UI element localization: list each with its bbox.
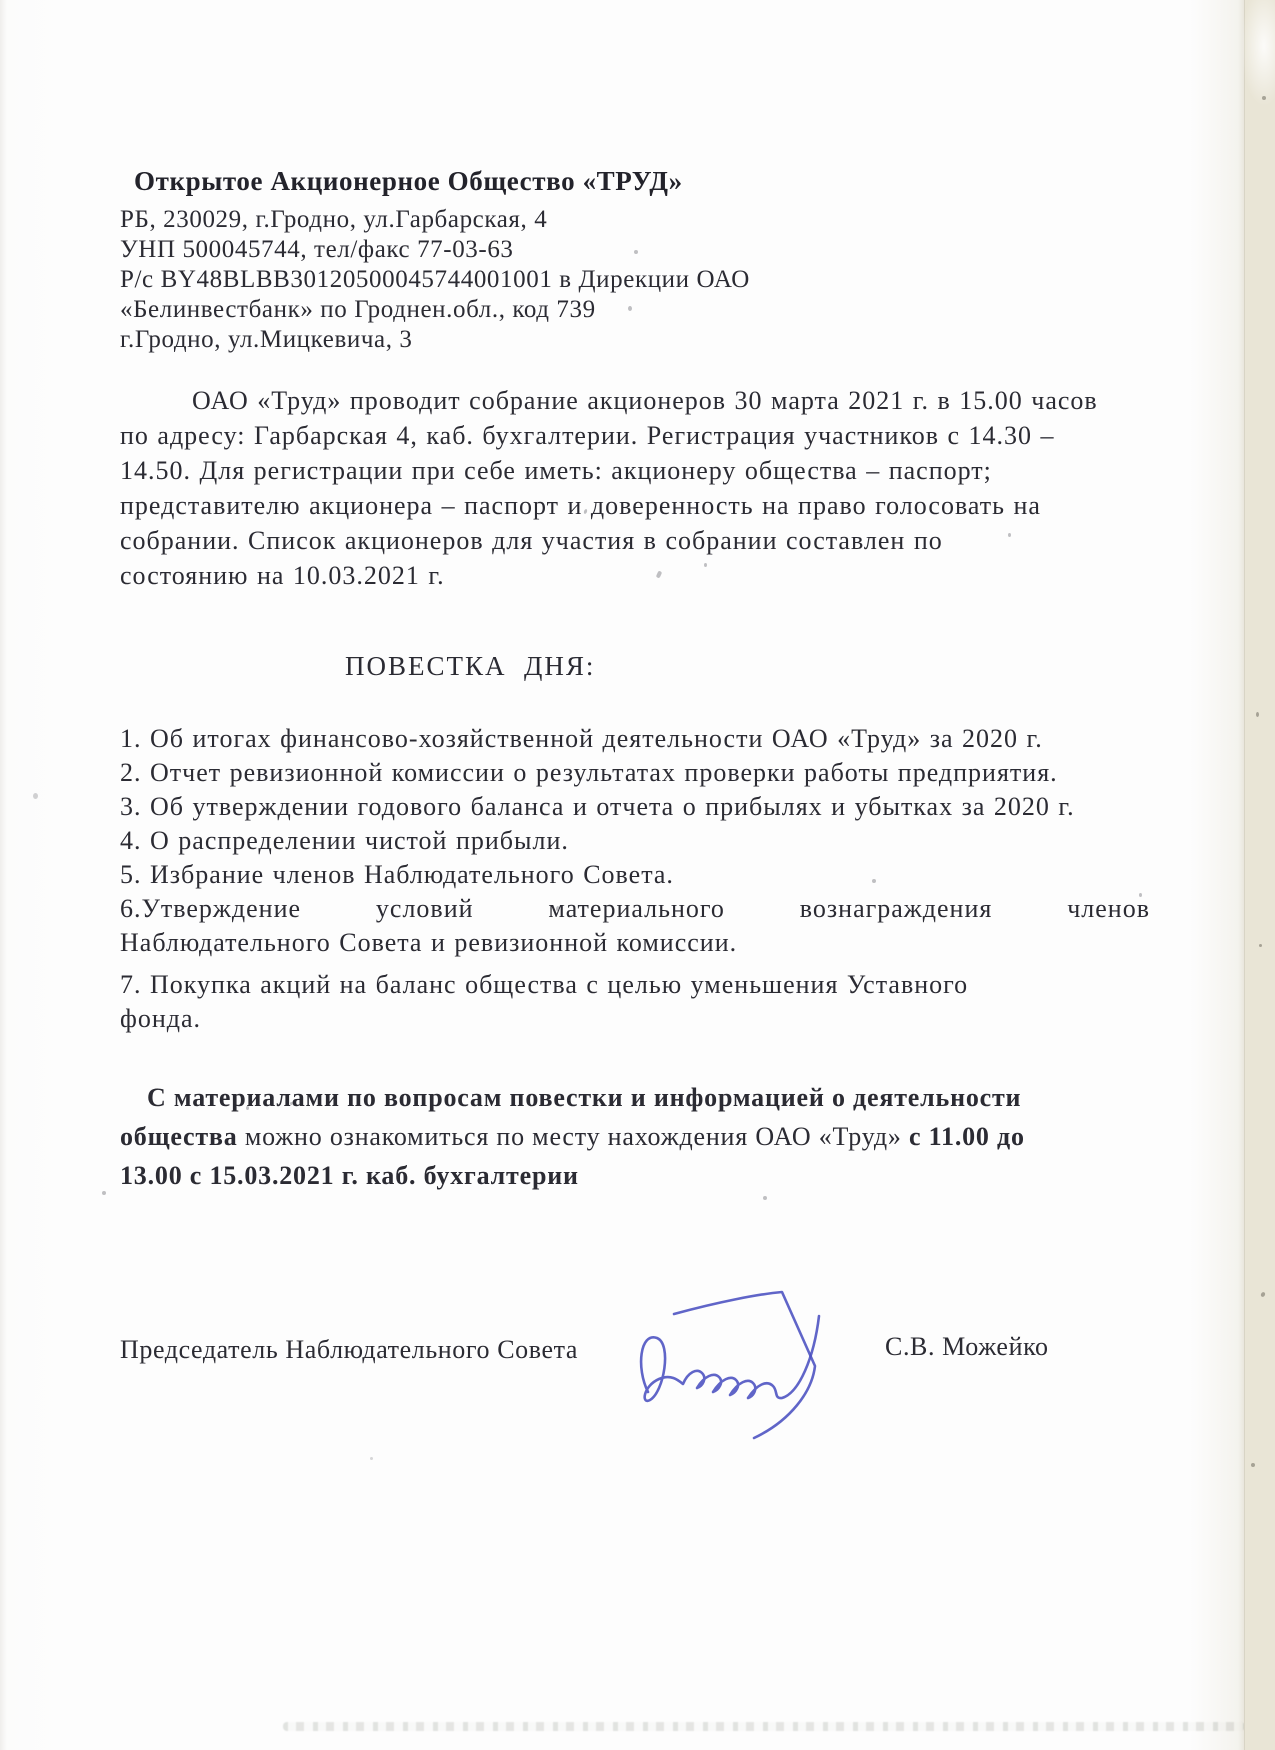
agenda-heading: ПОВЕСТКА ДНЯ: [345, 651, 1150, 681]
scan-speck [763, 1196, 767, 1200]
agenda-item-5: 5. Избрание членов Наблюдательного Совет… [120, 858, 1150, 892]
text-line: представителю акционера – паспорт и дове… [120, 488, 1150, 523]
scan-speck [1259, 944, 1262, 947]
scan-speck [290, 1102, 293, 1105]
scan-speck [33, 793, 38, 799]
signer-position-title: Председатель Наблюдательного Совета [120, 1335, 578, 1365]
text-line: 13.00 с 15.03.2021 г. каб. бухгалтерии [120, 1156, 1150, 1195]
agenda-item-4: 4. О распределении чистой прибыли. [120, 824, 1150, 858]
scan-speck [1262, 96, 1266, 100]
text-segment: общества [120, 1122, 238, 1151]
text-line: Наблюдательного Совета и ревизионной ком… [120, 926, 1150, 960]
signature-row: Председатель Наблюдательного Совета С.В.… [120, 1280, 1150, 1470]
bank-name-line: «Белинвестбанк» по Гроднен.обл., код 739 [120, 295, 1150, 325]
scan-speck [628, 306, 632, 311]
agenda-item-1: 1. Об итогах финансово-хозяйственной дея… [120, 722, 1150, 756]
meeting-announcement-paragraph: ОАО «Труд» проводит собрание акционеров … [120, 383, 1150, 593]
text-line: 6.Утверждение условий материального возн… [120, 892, 1150, 926]
text-segment: можно ознакомиться по месту нахождения О… [238, 1122, 909, 1151]
text-line: собрании. Список акционеров для участия … [120, 523, 1150, 558]
materials-info-paragraph: С материалами по вопросам повестки и инф… [120, 1078, 1150, 1195]
scan-speck [246, 1106, 249, 1110]
bank-address-line: г.Гродно, ул.Мицкевича, 3 [120, 325, 1150, 355]
text-line: состоянию на 10.03.2021 г. [120, 558, 1150, 593]
company-address-block: РБ, 230029, г.Гродно, ул.Гарбарская, 4 У… [120, 205, 1150, 355]
text-line: ОАО «Труд» проводит собрание акционеров … [120, 383, 1150, 418]
agenda-item-2: 2. Отчет ревизионной комиссии о результа… [120, 756, 1150, 790]
address-line: РБ, 230029, г.Гродно, ул.Гарбарская, 4 [120, 205, 1150, 235]
scan-speck [634, 250, 638, 254]
scan-noise-band [283, 1722, 1245, 1731]
scan-speck [1256, 712, 1259, 717]
text-line: С материалами по вопросам повестки и инф… [120, 1078, 1150, 1117]
company-name: Открытое Акционерное Общество «ТРУД» [134, 165, 1150, 197]
signer-name: С.В. Можейко [885, 1332, 1049, 1362]
text-line: 14.50. Для регистрации при себе иметь: а… [120, 453, 1150, 488]
document-content: Открытое Акционерное Общество «ТРУД» РБ,… [120, 0, 1150, 1470]
scan-speck [370, 1457, 373, 1460]
scanner-bed-highlight [1241, 0, 1275, 106]
scan-speck [102, 1191, 106, 1195]
scan-speck [1260, 1291, 1266, 1297]
text-segment: с 11.00 до [909, 1122, 1025, 1151]
scan-speck [1251, 1463, 1255, 1467]
agenda-list: 1. Об итогах финансово-хозяйственной дея… [120, 722, 1150, 1036]
text-line: 7. Покупка акций на баланс общества с це… [120, 968, 1150, 1002]
scan-speck [1139, 893, 1142, 897]
scanner-bed-strip [1244, 0, 1275, 1750]
agenda-item-3: 3. Об утверждении годового баланса и отч… [120, 790, 1150, 824]
scanned-page: Открытое Акционерное Общество «ТРУД» РБ,… [0, 0, 1245, 1750]
agenda-item-6: 6.Утверждение условий материального возн… [120, 892, 1150, 960]
handwritten-signature-icon [618, 1280, 892, 1448]
bank-account-line: Р/с BY48BLBB30120500045744001001 в Дирек… [120, 265, 1150, 295]
text-line: фонда. [120, 1002, 1150, 1036]
scan-speck [1008, 533, 1011, 537]
signature-stroke [641, 1316, 819, 1401]
text-line: общества можно ознакомиться по месту нах… [120, 1117, 1150, 1156]
text-line: по адресу: Гарбарская 4, каб. бухгалтери… [120, 418, 1150, 453]
agenda-item-7: 7. Покупка акций на баланс общества с це… [120, 968, 1150, 1036]
signature-stroke [674, 1292, 815, 1438]
scan-speck [872, 879, 876, 883]
scan-speck [704, 563, 707, 567]
